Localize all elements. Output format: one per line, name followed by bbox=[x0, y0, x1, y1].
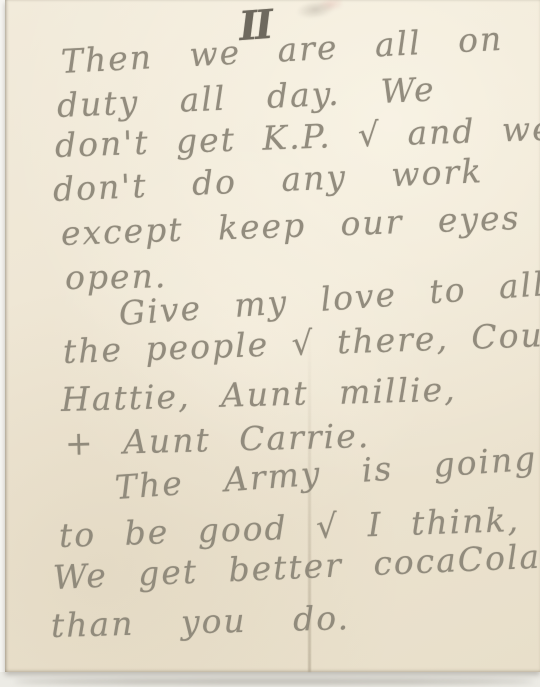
paper-bottom-shadow bbox=[14, 679, 534, 684]
handwritten-line: except keep our eyes bbox=[60, 198, 521, 253]
handwritten-line: Hattie, Aunt millie, bbox=[60, 370, 457, 419]
letter-page: II Then we are all on duty all day. We d… bbox=[5, 0, 540, 672]
handwritten-line: than you do. bbox=[50, 598, 350, 645]
pencil-smudge bbox=[296, 0, 344, 20]
scanned-letter: II Then we are all on duty all day. We d… bbox=[0, 0, 540, 687]
handwritten-line: Then we are all on bbox=[60, 19, 504, 81]
